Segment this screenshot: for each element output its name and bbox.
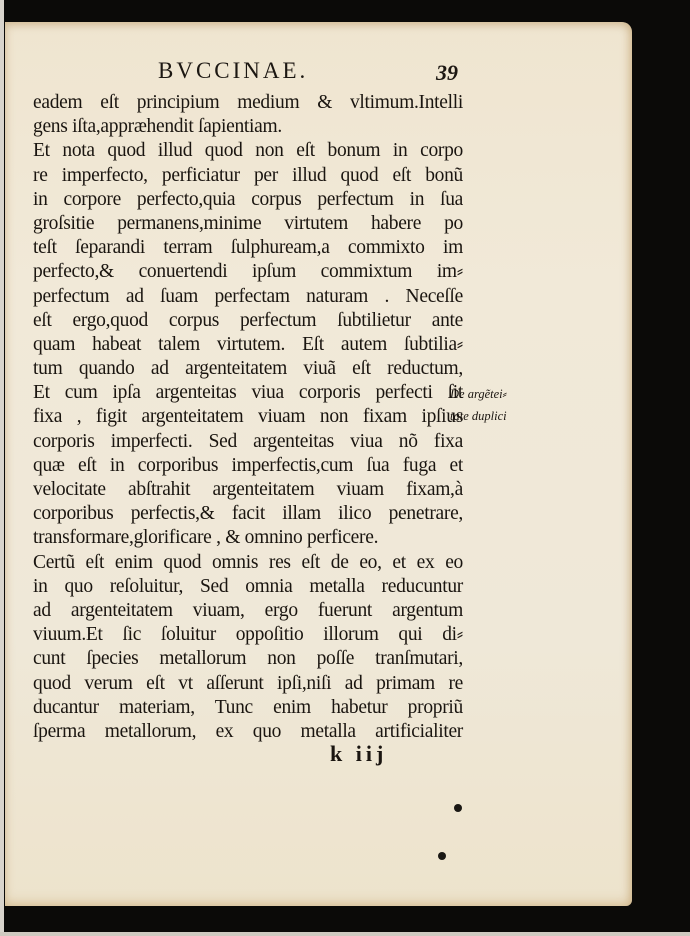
text-line: perfecto,& conuertendi ipſum commixtum i… [33,260,463,284]
text-line: ſperma metallorum, ex quo metalla artifi… [33,720,463,744]
text-line: ducantur materiam, Tunc enim habetur pro… [33,696,463,720]
text-line: groſsitie permanens,minime virtutem habe… [33,212,463,236]
scan-edge-left [0,0,4,936]
text-line: eſt ergo,quod corpus perfectum ſubtiliet… [33,309,463,333]
text-line: quod verum eſt vt aſſerunt ipſi,niſi ad … [33,672,463,696]
text-line: corporis imperfecti. Sed argenteitas viu… [33,430,463,454]
signature-mark: k iij [330,741,387,767]
text-line: transformare,glorificare , & omnino perf… [33,526,463,550]
text-line: viuum.Et ſic ſoluitur oppoſitio illorum … [33,623,463,647]
text-line: in corpore perfecto,quia corpus perfectu… [33,188,463,212]
margin-note-line: tate duplici [450,409,507,424]
text-line: quæ eſt in corporibus imperfectis,cum ſu… [33,454,463,478]
text-line: Et cum ipſa argenteitas viua corporis pe… [33,381,463,405]
body-text: eadem eſt principium medium & vltimum.In… [33,91,463,744]
text-line: perfectum ad ſuam perfectam naturam . Ne… [33,285,463,309]
text-line: teſt ſeparandi terram ſulphuream,a commi… [33,236,463,260]
scan-edge-bottom [0,932,690,936]
text-line: ad argenteitatem viuam, ergo fuerunt arg… [33,599,463,623]
text-line: eadem eſt principium medium & vltimum.In… [33,91,463,115]
text-line: in quo reſoluitur, Sed omnia metalla red… [33,575,463,599]
ink-dot [454,804,462,812]
text-line: Et nota quod illud quod non eſt bonum in… [33,139,463,163]
text-line: tum quando ad argenteitatem viuã eſt red… [33,357,463,381]
text-line: corporibus perfectis,& facit illam ilico… [33,502,463,526]
text-line: fixa , figit argenteitatem viuam non fix… [33,405,463,429]
page-number: 39 [436,60,458,86]
text-line: re imperfecto, perficiatur per illud quo… [33,164,463,188]
text-line: gens iſta,appræhendit ſapientiam. [33,115,463,139]
text-line: velocitate abſtrahit argenteitatem viuam… [33,478,463,502]
text-line: Certũ eſt enim quod omnis res eſt de eo,… [33,551,463,575]
margin-note-line: De argẽtei⸗ [450,387,507,402]
running-head: BVCCINAE. [158,58,308,84]
text-line: quam habeat talem virtutem. Eſt autem ſu… [33,333,463,357]
ink-dot [438,852,446,860]
text-line: cunt ſpecies metallorum non poſſe tranſm… [33,647,463,671]
